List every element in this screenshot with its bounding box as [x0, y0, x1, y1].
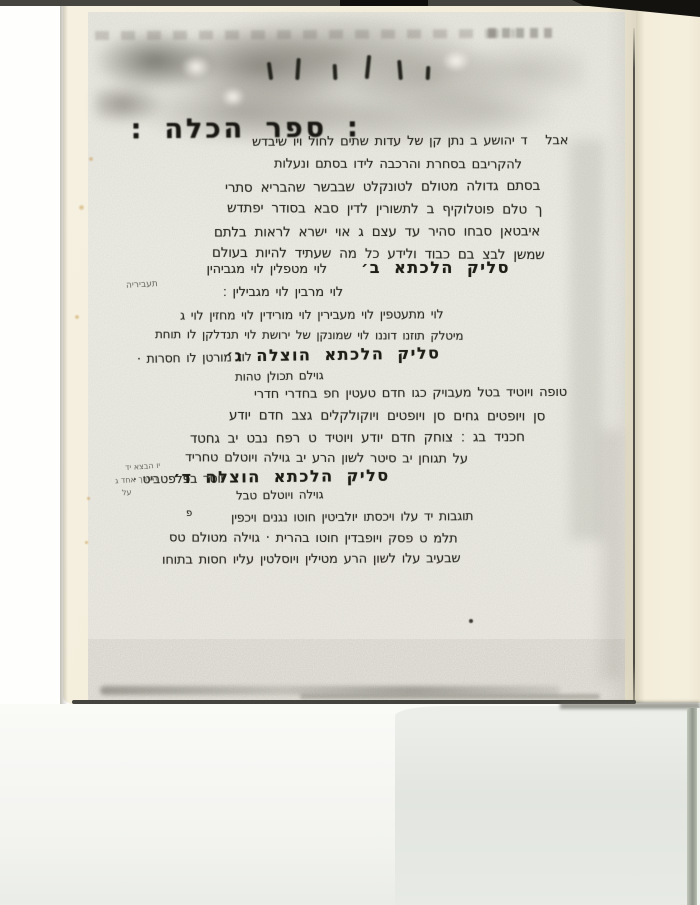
text-line: סן ויופטים גחים סן ויופטים ויוקולקלים גצ…	[229, 407, 545, 424]
text-line: חכניד בג ׃ צוחק חדם יודע ויוטיד ט רפח נב…	[190, 429, 525, 447]
text-line: איבטאן סבחו סהיר עד עצם ג אוי ישרא לראות…	[214, 223, 540, 240]
text-line: על תגוחן יב סיטר לשון הרע יב גוילה ויוטל…	[185, 450, 468, 466]
foxing-spot	[78, 204, 85, 211]
page-corner-shadow	[560, 702, 700, 709]
text-line: לוי מתעטפין לוי מעבירין לוי מורידין לוי …	[180, 306, 444, 322]
text-line: להקריבם בסחרת והרכבה לידו בסתם ונעלות	[274, 157, 522, 173]
text-line: תלמ ט פסק ויופבדין חוטו בהרית · גוילה מט…	[169, 530, 458, 546]
book-cover-edge	[687, 708, 697, 905]
page-left-edge-shadow	[60, 6, 68, 704]
margin-note: על	[122, 488, 132, 498]
section-rubric: סליק הלכתא הוצלה ג׳	[225, 344, 440, 366]
text-line: לוי מטפלין לוי מגביהין	[207, 262, 327, 277]
foxing-spot	[74, 314, 80, 320]
scanned-book-photograph: ׃ ספר הכלה ׃ אבל ד יהושע ב נתן קן של עדו…	[0, 0, 700, 905]
margin-note: תעביריה	[126, 279, 158, 291]
ink-speck	[469, 619, 473, 623]
fore-edge-pages	[636, 6, 700, 703]
foxing-spot	[88, 156, 94, 162]
faint-ghost-marks-dark	[488, 28, 558, 38]
text-line: גוילה ויוטלם טבל	[236, 487, 324, 502]
scan-background-bottom-right	[395, 706, 700, 905]
page-edge-line	[633, 28, 635, 704]
smudge-white-hole	[181, 55, 211, 79]
text-mark: פ	[186, 508, 192, 519]
photo-shadow-streak	[570, 140, 604, 540]
title-flourish-stroke	[426, 66, 430, 80]
text-line: אבל ד יהושע ב נתן קן של עדות שתים לחול ו…	[252, 133, 568, 150]
text-line: גוילם תכולן טהות	[234, 368, 323, 384]
text-line: לוי מרבין לוי מגבילין ׃	[223, 285, 343, 300]
title-mark-left: ׃	[131, 114, 144, 145]
text-line: תוגבות יד עלו ויכסתו יולביטין חוטו נגנים…	[231, 508, 473, 525]
foxing-spot	[86, 496, 91, 501]
text-line: ך טלם פוטלוקיף ב לתשורין לדין סבא בסודר …	[227, 200, 542, 218]
scan-background-left	[0, 6, 63, 706]
smudge-white-hole	[442, 50, 470, 72]
scan-top-bar-dark-segment	[340, 0, 428, 6]
text-line: בסתם גדולה מטולם לטונקלט שבבשר שהבריא סת…	[225, 178, 540, 196]
text-line: שבעיב עלו לשון הרע מטילין ויוסלטין עליו …	[162, 551, 460, 568]
photo-bottom-smear	[300, 694, 600, 699]
text-line: טופה ויוטיד בטל מעבויק כגו חדם טעטין חפ …	[254, 385, 567, 402]
text-line: מיטלק תוזנו דוננו לוי שמונקן של ירושת לו…	[155, 327, 463, 343]
section-rubric: סליק הלכתא ב׳	[361, 258, 510, 277]
foxing-spot	[84, 540, 89, 545]
section-rubric: סליק הלכתא הוצלה ד׳	[173, 466, 390, 487]
page-gutter-shade	[606, 6, 636, 704]
